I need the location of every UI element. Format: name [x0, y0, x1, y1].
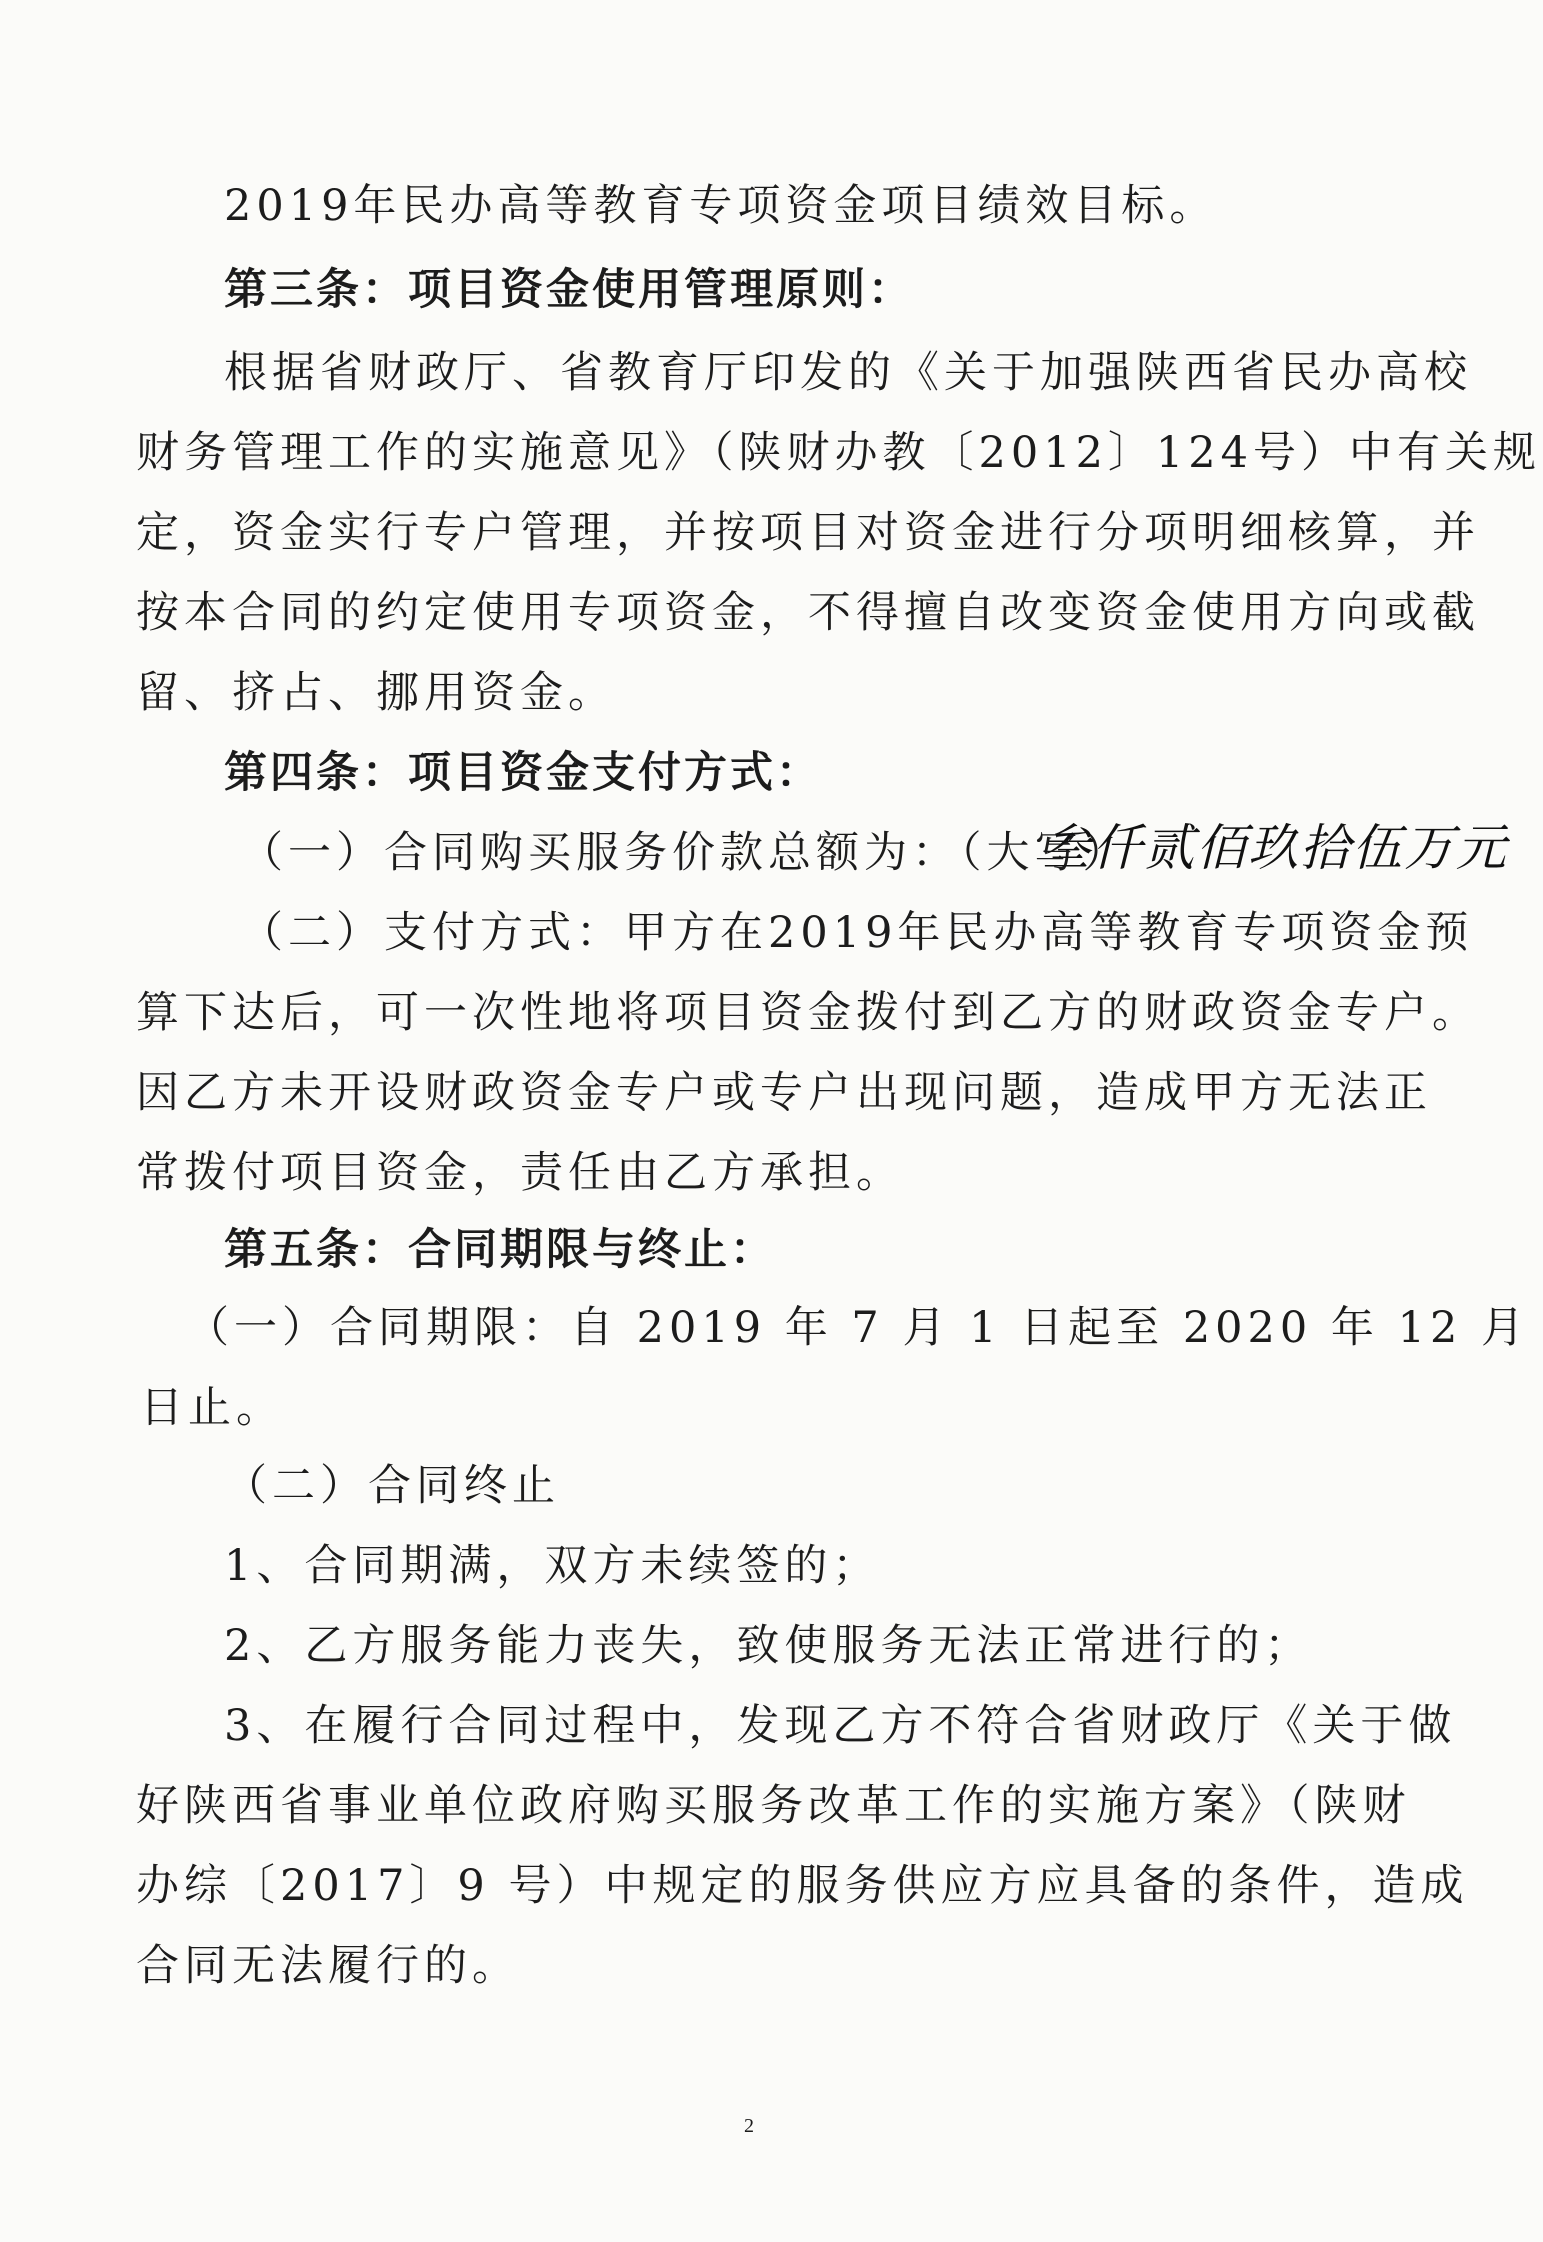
text-line: 办综〔2017〕9 号）中规定的服务供应方应具备的条件，造成: [136, 1858, 1468, 1914]
text-line: 2、乙方服务能力丧失，致使服务无法正常进行的；: [224, 1618, 1312, 1674]
text-line: 2019年民办高等教育专项资金项目绩效目标。: [224, 178, 1217, 234]
text-line: 常拨付项目资金，责任由乙方承担。: [136, 1145, 904, 1201]
text-line: （二）支付方式：甲方在2019年民办高等教育专项资金预: [240, 905, 1473, 961]
text-line: 合同无法履行的。: [136, 1938, 520, 1994]
text-line: 定，资金实行专户管理，并按项目对资金进行分项明细核算，并: [136, 505, 1480, 561]
page-number: 2: [744, 2115, 754, 2138]
section-heading: 第五条：合同期限与终止：: [224, 1222, 776, 1278]
text-line: （一）合同购买服务价款总额为：（大写）: [240, 825, 1131, 881]
text-line: 根据省财政厅、省教育厅印发的《关于加强陕西省民办高校: [224, 345, 1472, 401]
text-line: 3、在履行合同过程中，发现乙方不符合省财政厅《关于做: [224, 1698, 1456, 1754]
handwritten-amount: 叁仟贰佰玖拾伍万元: [1040, 820, 1508, 876]
text-line: 好陕西省事业单位政府购买服务改革工作的实施方案》（陕财: [136, 1778, 1411, 1834]
text-line: 1、合同期满，双方未续签的；: [224, 1538, 880, 1594]
section-heading: 第三条：项目资金使用管理原则：: [224, 262, 914, 318]
text-line: （二）合同终止: [224, 1458, 560, 1514]
text-line: 财务管理工作的实施意见》（陕财办教〔2012〕124号）中有关规: [136, 425, 1541, 481]
text-line: 因乙方未开设财政资金专户或专户出现问题，造成甲方无法正: [136, 1065, 1432, 1121]
text-line: 按本合同的约定使用专项资金，不得擅自改变资金使用方向或截: [136, 585, 1480, 641]
text-line: 留、挤占、挪用资金。: [136, 665, 616, 721]
section-heading: 第四条：项目资金支付方式：: [224, 745, 822, 801]
text-line: （一）合同期限：自 2019 年 7 月 1 日起至 2020 年 12 月 3…: [186, 1300, 1543, 1356]
text-line: 日止。: [140, 1380, 284, 1436]
text-line: 算下达后，可一次性地将项目资金拨付到乙方的财政资金专户。: [136, 985, 1480, 1041]
